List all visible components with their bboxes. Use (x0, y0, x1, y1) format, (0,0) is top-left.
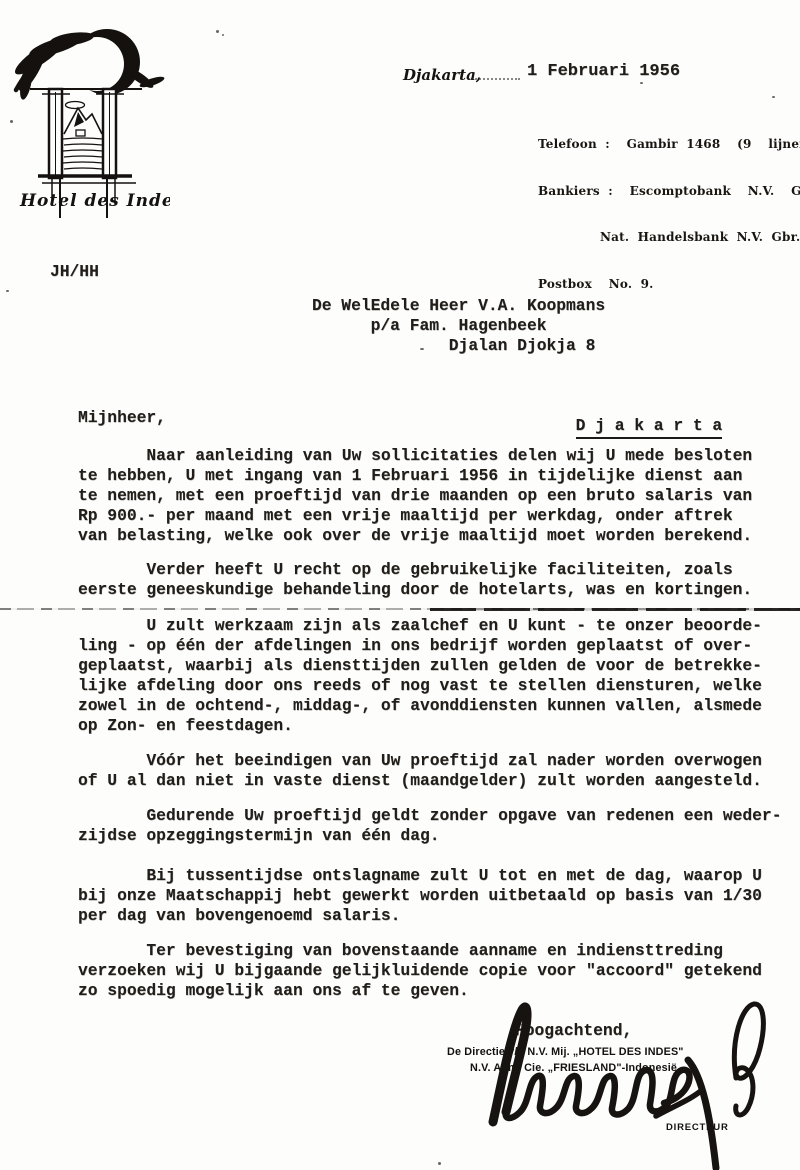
noise-speck (772, 96, 775, 98)
noise-speck (6, 290, 9, 292)
hotel-des-indes-logo: Hotel des Indes (12, 26, 170, 224)
paragraph-2: Verder heeft U recht op de gebruikelijke… (78, 560, 752, 600)
letter-page: Hotel des Indes Djakarta, 1 Februari 195… (0, 0, 800, 1170)
logo-wordmark: Hotel des Indes (19, 191, 170, 211)
noise-speck (10, 120, 13, 123)
noise-speck (216, 30, 219, 33)
reference-initials: JH/HH (50, 262, 99, 282)
paragraph-1: Naar aanleiding van Uw sollicitaties del… (78, 446, 752, 546)
paragraph-6: Bij tussentijdse ontslagname zult U tot … (78, 866, 762, 926)
contact-telefoon: Telefoon : Gambir 1468 (9 lijnen) (538, 137, 800, 153)
noise-speck (438, 1162, 441, 1165)
noise-speck (420, 348, 424, 350)
city-line: Djakarta, (403, 66, 481, 84)
recipient-lines: De WelEdele Heer V.A. Koopmans p/a Fam. … (312, 296, 722, 356)
noise-speck (640, 82, 643, 84)
fold-crease-dark-segment (430, 608, 800, 611)
paragraph-5: Gedurende Uw proeftijd geldt zonder opga… (78, 806, 781, 846)
contact-bankiers: Bankiers : Escomptobank N.V. Gbr. (538, 184, 800, 200)
signature-scrawl (430, 980, 800, 1170)
recipient-city-underlined: D j a k a r t a (576, 416, 723, 439)
paragraph-3: U zult werkzaam zijn als zaalchef en U k… (78, 616, 762, 736)
contact-bank2: Nat. Handelsbank N.V. Gbr. (600, 230, 800, 246)
logo-mountain-scene (63, 102, 103, 170)
dotted-leader (468, 78, 520, 80)
noise-speck (222, 34, 224, 36)
letter-date: 1 Februari 1956 (527, 62, 680, 82)
paragraph-4: Vóór het beeindigen van Uw proeftijd zal… (78, 751, 762, 791)
salutation: Mijnheer, (78, 408, 166, 428)
